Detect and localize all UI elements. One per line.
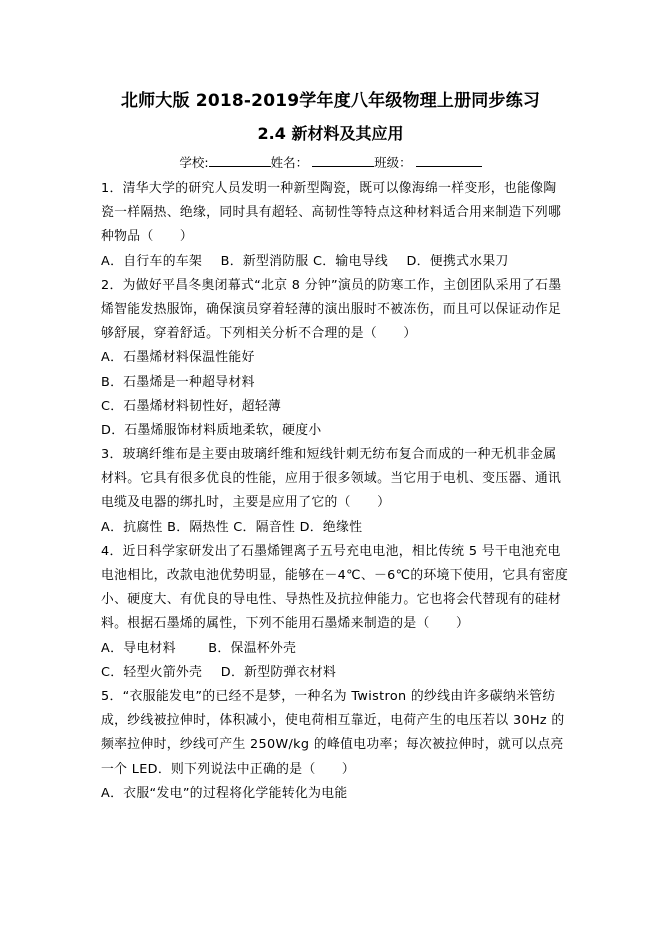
document-page: 北师大版 2018-2019学年度八年级物理上册同步练习 2.4 新材料及其应用… [0,0,661,935]
name-blank [312,154,374,167]
questions-body: 1．清华大学的研究人员发明一种新型陶瓷，既可以像海绵一样变形，也能像陶 瓷一样隔… [101,177,563,806]
option-b: B．保温杯外壳 [208,637,296,661]
question-text-line: 小、硬度大、有优良的导电性、导热性及抗拉伸能力。它也将会代替现有的硅材 [101,588,563,612]
option-c: C．轻型火箭外壳 [101,661,202,685]
question-text-line: 瓷一样隔热、绝缘，同时具有超轻、高韧性等特点这种材料适合用来制造下列哪 [101,201,563,225]
question-3: 3．玻璃纤维布是主要由玻璃纤维和短线针刺无纺布复合而成的一种无机非金属 材料。它… [101,443,563,540]
option-row: A．导电材料 B．保温杯外壳 [101,637,563,661]
school-label: 学校: [179,155,208,170]
student-info-line: 学校:姓名：班级： [0,153,661,171]
question-1: 1．清华大学的研究人员发明一种新型陶瓷，既可以像海绵一样变形，也能像陶 瓷一样隔… [101,177,563,274]
question-text-line: 1．清华大学的研究人员发明一种新型陶瓷，既可以像海绵一样变形，也能像陶 [101,177,563,201]
question-text-line: 种物品（ ） [101,225,563,249]
option-a: A．自行车的车架 [101,250,202,274]
question-text-line: 电池相比，改款电池优势明显，能够在－4℃、－6℃的环境下使用，它具有密度 [101,564,563,588]
question-text-line: 3．玻璃纤维布是主要由玻璃纤维和短线针刺无纺布复合而成的一种无机非金属 [101,443,563,467]
option-row: C．轻型火箭外壳 D．新型防弹衣材料 [101,661,563,685]
option-b: B．隔热性 [167,516,229,540]
option-c: C．输电导线 [313,250,388,274]
document-subtitle: 2.4 新材料及其应用 [0,121,661,144]
option-row: A．自行车的车架 B．新型消防服 C．输电导线 D．便携式水果刀 [101,250,563,274]
question-text-line: 5．“衣服能发电”的已经不是梦，一种名为 Twistron 的纱线由许多碳纳米管… [101,685,563,709]
option-a: A．导电材料 [101,637,176,661]
option-d: D．新型防弹衣材料 [221,661,336,685]
option-d: D．绝缘性 [300,516,363,540]
option-b: B．石墨烯是一种超导材料 [101,371,563,395]
school-blank [209,154,271,167]
option-a: A．抗腐性 [101,516,163,540]
question-text-line: 料。根据石墨烯的属性，下列不能用石墨烯来制造的是（ ） [101,612,563,636]
question-text-line: 材料。它具有很多优良的性能，应用于很多领域。当它用于电机、变压器、通讯 [101,467,563,491]
option-a: A．衣服“发电”的过程将化学能转化为电能 [101,782,563,806]
question-text-line: 频率拉伸时，纱线可产生 250W/kg 的峰值电功率；每次被拉伸时，就可以点亮 [101,733,563,757]
question-text-line: 4．近日科学家研发出了石墨烯锂离子五号充电电池，相比传统 5 号干电池充电 [101,540,563,564]
question-text-line: 电缆及电器的绑扎时，主要是应用了它的（ ） [101,491,563,515]
question-2: 2．为做好平昌冬奥闭幕式“北京 8 分钟”演员的防寒工作，主创团队采用了石墨 烯… [101,274,563,443]
class-blank [416,154,482,167]
question-text-line: 够舒展，穿着舒适。下列相关分析不合理的是（ ） [101,322,563,346]
question-text-line: 烯智能发热服饰，确保演员穿着轻薄的演出服时不被冻伤，而且可以保证动作足 [101,298,563,322]
option-c: C．石墨烯材料韧性好，超轻薄 [101,395,563,419]
question-text-line: 2．为做好平昌冬奥闭幕式“北京 8 分钟”演员的防寒工作，主创团队采用了石墨 [101,274,563,298]
option-d: D．石墨烯服饰材料质地柔软，硬度小 [101,419,563,443]
option-b: B．新型消防服 [221,250,309,274]
question-4: 4．近日科学家研发出了石墨烯锂离子五号充电电池，相比传统 5 号干电池充电 电池… [101,540,563,685]
question-5: 5．“衣服能发电”的已经不是梦，一种名为 Twistron 的纱线由许多碳纳米管… [101,685,563,806]
option-c: C．隔音性 [233,516,295,540]
option-a: A．石墨烯材料保温性能好 [101,346,563,370]
name-label: 姓名： [271,155,309,170]
option-d: D．便携式水果刀 [406,250,508,274]
document-title: 北师大版 2018-2019学年度八年级物理上册同步练习 [0,86,661,111]
class-label: 班级： [374,155,412,170]
question-text-line: 成，纱线被拉伸时，体积减小，使电荷相互靠近，电荷产生的电压若以 30Hz 的 [101,709,563,733]
option-row: A．抗腐性 B．隔热性 C．隔音性 D．绝缘性 [101,516,563,540]
question-text-line: 一个 LED．则下列说法中正确的是（ ） [101,758,563,782]
